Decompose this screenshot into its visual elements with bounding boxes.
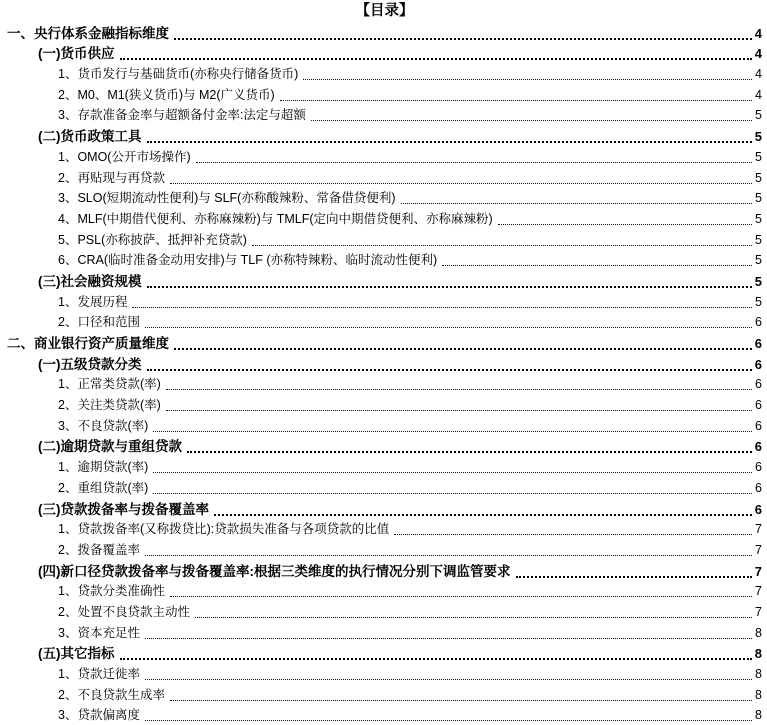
dotted-leader (401, 203, 753, 204)
toc-entry-label: 2、不良贷款生成率 (58, 686, 165, 705)
dotted-leader (442, 265, 752, 266)
toc-entry-page: 5 (755, 127, 762, 146)
toc-entry-page: 4 (755, 65, 762, 84)
toc-entry-label: 1、OMO(公开市场操作) (58, 148, 191, 167)
toc-entry-page: 8 (755, 706, 762, 725)
dotted-leader (120, 658, 752, 660)
toc-entry-label: 3、SLO(短期流动性便利)与 SLF(亦称酸辣粉、常备借贷便利) (58, 189, 396, 208)
toc-entry-label: 1、正常类贷款(率) (58, 375, 161, 394)
dotted-leader (147, 369, 752, 371)
dotted-leader (145, 555, 752, 556)
dotted-leader (174, 348, 752, 350)
dotted-leader (145, 638, 752, 639)
dotted-leader (153, 431, 752, 432)
dotted-leader (147, 141, 752, 143)
dotted-leader (170, 700, 752, 701)
toc-entry[interactable]: 二、商业银行资产质量维度 6 (7, 332, 762, 353)
toc-entry[interactable]: 1、OMO(公开市场操作) 5 (7, 146, 762, 167)
dotted-leader (132, 307, 752, 308)
toc-entry-label: 4、MLF(中期借代便利、亦称麻辣粉)与 TMLF(定向中期借贷便利、亦称麻辣粉… (58, 210, 493, 229)
toc-entry-label: (一)五级贷款分类 (38, 355, 142, 374)
dotted-leader (153, 493, 752, 494)
dotted-leader (170, 596, 752, 597)
toc-entry[interactable]: 一、央行体系金融指标维度 4 (7, 22, 762, 43)
toc-entry-label: (一)货币供应 (38, 44, 115, 63)
toc-entry-label: (二)货币政策工具 (38, 127, 142, 146)
toc-entry[interactable]: 2、再贴现与再贷款 5 (7, 167, 762, 188)
toc-entry-label: 5、PSL(亦称披萨、抵押补充贷款) (58, 231, 247, 250)
toc-entry-page: 6 (755, 396, 762, 415)
toc-entry[interactable]: 3、SLO(短期流动性便利)与 SLF(亦称酸辣粉、常备借贷便利) 5 (7, 188, 762, 209)
toc-entry-page: 5 (755, 231, 762, 250)
toc-entry[interactable]: 2、口径和范围 6 (7, 312, 762, 333)
toc-entry-label: (三)贷款拨备率与拨备覆盖率 (38, 500, 209, 519)
toc-entry-page: 5 (755, 148, 762, 167)
dotted-leader (166, 410, 752, 411)
toc-entry-page: 5 (755, 189, 762, 208)
toc-entry[interactable]: 2、拨备覆盖率 7 (7, 539, 762, 560)
toc-entry-page: 5 (755, 210, 762, 229)
toc-entry-page: 7 (755, 520, 762, 539)
toc-entry-label: 2、再贴现与再贷款 (58, 169, 165, 188)
toc-entry[interactable]: 5、PSL(亦称披萨、抵押补充贷款) 5 (7, 229, 762, 250)
toc-entry[interactable]: (三)社会融资规模 5 (7, 270, 762, 291)
toc-entry-label: (五)其它指标 (38, 644, 115, 663)
toc-entry-label: 2、M0、M1(狭义货币)与 M2(广义货币) (58, 86, 275, 105)
page-title: 【目录】 (7, 2, 762, 22)
toc-entry-page: 6 (755, 334, 762, 353)
toc-page: 【目录】 一、央行体系金融指标维度 4 (一)货币供应 4 1、货币发行与基础货… (0, 0, 767, 725)
toc-entry-label: 一、央行体系金融指标维度 (7, 24, 169, 43)
toc-entry-page: 7 (755, 541, 762, 560)
toc-entry-label: 3、存款准备金率与超额备付金率:法定与超额 (58, 106, 306, 125)
dotted-leader (153, 472, 752, 473)
toc-entry-label: 二、商业银行资产质量维度 (7, 334, 169, 353)
toc-entry[interactable]: 3、贷款偏离度 8 (7, 705, 762, 725)
toc-entry-page: 4 (755, 24, 762, 43)
toc-list: 一、央行体系金融指标维度 4 (一)货币供应 4 1、货币发行与基础货币(亦称央… (7, 22, 762, 725)
toc-entry-page: 6 (755, 417, 762, 436)
toc-entry-page: 5 (755, 251, 762, 270)
toc-entry[interactable]: (二)货币政策工具 5 (7, 125, 762, 146)
toc-entry-page: 6 (755, 437, 762, 456)
toc-entry-page: 7 (755, 562, 762, 581)
toc-entry[interactable]: (二)逾期贷款与重组贷款 6 (7, 436, 762, 457)
toc-entry[interactable]: 3、存款准备金率与超额备付金率:法定与超额 5 (7, 105, 762, 126)
dotted-leader (147, 286, 752, 288)
toc-entry-label: (三)社会融资规模 (38, 272, 142, 291)
toc-entry-label: (二)逾期贷款与重组贷款 (38, 437, 182, 456)
toc-entry[interactable]: 2、关注类贷款(率) 6 (7, 394, 762, 415)
toc-entry[interactable]: 2、处置不良贷款主动性 7 (7, 601, 762, 622)
toc-entry[interactable]: (一)五级贷款分类 6 (7, 353, 762, 374)
toc-entry[interactable]: 1、贷款分类准确性 7 (7, 581, 762, 602)
toc-entry[interactable]: 1、货币发行与基础货币(亦称央行储备货币) 4 (7, 63, 762, 84)
toc-entry[interactable]: 1、正常类贷款(率) 6 (7, 374, 762, 395)
toc-entry[interactable]: 2、重组贷款(率) 6 (7, 477, 762, 498)
toc-entry-label: 3、贷款偏离度 (58, 706, 140, 725)
dotted-leader (187, 451, 752, 453)
dotted-leader (311, 120, 752, 121)
toc-entry-label: 2、重组贷款(率) (58, 479, 148, 498)
toc-entry-page: 6 (755, 313, 762, 332)
toc-entry-page: 6 (755, 355, 762, 374)
toc-entry-label: 1、发展历程 (58, 293, 127, 312)
toc-entry[interactable]: 4、MLF(中期借代便利、亦称麻辣粉)与 TMLF(定向中期借贷便利、亦称麻辣粉… (7, 208, 762, 229)
dotted-leader (394, 534, 752, 535)
toc-entry[interactable]: (一)货币供应 4 (7, 43, 762, 64)
toc-entry[interactable]: (四)新口径贷款拨备率与拨备覆盖率:根据三类维度的执行情况分别下调监管要求 7 (7, 560, 762, 581)
toc-entry[interactable]: 6、CRA(临时准备金动用安排)与 TLF (亦称特辣粉、临时流动性便利) 5 (7, 250, 762, 271)
toc-entry-page: 8 (755, 686, 762, 705)
toc-entry-label: 2、关注类贷款(率) (58, 396, 161, 415)
toc-entry[interactable]: 1、发展历程 5 (7, 291, 762, 312)
dotted-leader (145, 720, 752, 721)
toc-entry[interactable]: (三)贷款拨备率与拨备覆盖率 6 (7, 498, 762, 519)
toc-entry-page: 6 (755, 479, 762, 498)
toc-entry-label: 2、拨备覆盖率 (58, 541, 140, 560)
toc-entry-page: 6 (755, 375, 762, 394)
dotted-leader (498, 224, 752, 225)
toc-entry-page: 8 (755, 624, 762, 643)
toc-entry[interactable]: 2、不良贷款生成率 8 (7, 684, 762, 705)
dotted-leader (252, 245, 752, 246)
dotted-leader (170, 183, 752, 184)
toc-entry-page: 8 (755, 644, 762, 663)
toc-entry[interactable]: 3、资本充足性 8 (7, 622, 762, 643)
dotted-leader (516, 576, 752, 578)
dotted-leader (214, 514, 752, 516)
toc-entry-label: 1、贷款拨备率(又称拨贷比):贷款损失准备与各项贷款的比值 (58, 520, 389, 539)
toc-entry[interactable]: 1、逾期贷款(率) 6 (7, 456, 762, 477)
toc-entry[interactable]: (五)其它指标 8 (7, 643, 762, 664)
toc-entry[interactable]: 3、不良贷款(率) 6 (7, 415, 762, 436)
toc-entry[interactable]: 1、贷款拨备率(又称拨贷比):贷款损失准备与各项贷款的比值 7 (7, 519, 762, 540)
toc-entry-label: 3、资本充足性 (58, 624, 140, 643)
toc-entry-label: 1、逾期贷款(率) (58, 458, 148, 477)
dotted-leader (120, 58, 752, 60)
toc-entry-label: 6、CRA(临时准备金动用安排)与 TLF (亦称特辣粉、临时流动性便利) (58, 251, 437, 270)
toc-entry-label: 1、贷款分类准确性 (58, 582, 165, 601)
dotted-leader (303, 79, 752, 80)
dotted-leader (195, 617, 752, 618)
toc-entry-page: 7 (755, 603, 762, 622)
toc-entry-page: 5 (755, 169, 762, 188)
toc-entry-page: 5 (755, 293, 762, 312)
dotted-leader (145, 327, 752, 328)
toc-entry-page: 5 (755, 106, 762, 125)
toc-entry-label: 2、处置不良贷款主动性 (58, 603, 190, 622)
toc-entry-page: 5 (755, 272, 762, 291)
toc-entry-label: 3、不良贷款(率) (58, 417, 148, 436)
toc-entry-label: 1、贷款迁徙率 (58, 665, 140, 684)
dotted-leader (145, 679, 752, 680)
toc-entry-label: 2、口径和范围 (58, 313, 140, 332)
toc-entry-page: 6 (755, 458, 762, 477)
toc-entry-label: (四)新口径贷款拨备率与拨备覆盖率:根据三类维度的执行情况分别下调监管要求 (38, 562, 511, 581)
dotted-leader (166, 389, 752, 390)
toc-entry[interactable]: 2、M0、M1(狭义货币)与 M2(广义货币) 4 (7, 84, 762, 105)
toc-entry-label: 1、货币发行与基础货币(亦称央行储备货币) (58, 65, 298, 84)
toc-entry-page: 6 (755, 500, 762, 519)
dotted-leader (196, 162, 752, 163)
toc-entry-page: 8 (755, 665, 762, 684)
toc-entry-page: 7 (755, 582, 762, 601)
dotted-leader (280, 100, 752, 101)
toc-entry-page: 4 (755, 44, 762, 63)
dotted-leader (174, 38, 752, 40)
toc-entry[interactable]: 1、贷款迁徙率 8 (7, 663, 762, 684)
toc-entry-page: 4 (755, 86, 762, 105)
